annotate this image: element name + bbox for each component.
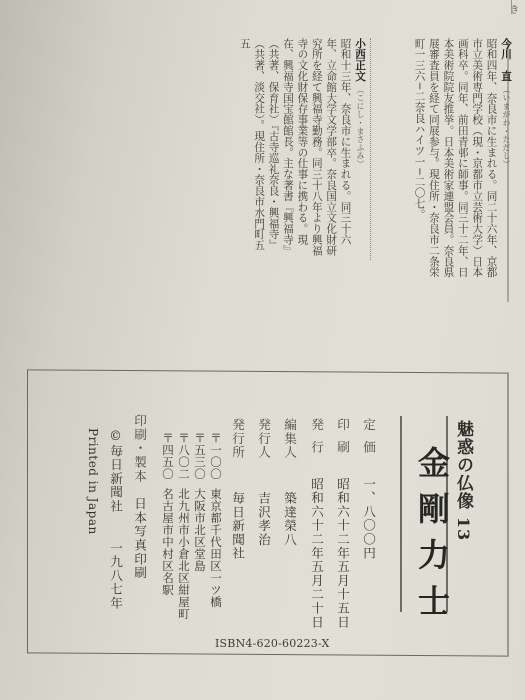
author-bio-text: 昭和十三年、奈良市に生まれる。同三十六年、立命館大学文学部卒。奈良国立文化財研究…	[239, 38, 352, 256]
company-label: 発行所	[230, 418, 245, 459]
editor-name: 築達榮八	[282, 491, 297, 546]
divider	[511, 0, 512, 14]
printer-row: 印刷・製本日本写真印刷	[132, 414, 146, 580]
author-name: 今川 直	[500, 38, 512, 82]
company-row: 発行所毎日新聞社	[230, 418, 244, 560]
publisher-name: 吉沢孝治	[256, 491, 271, 546]
author-bio-konishi: 小西正文 （こにし・まさふみ） 昭和十三年、奈良市に生まれる。同三十六年、立命館…	[237, 38, 367, 258]
postal-code: 〒一〇〇	[209, 432, 223, 480]
author-reading: （こにし・まさふみ）	[356, 85, 365, 168]
office-nagoya: 〒四五〇名古屋市中村区名駅	[162, 432, 174, 596]
office-kitakyushu: 〒八〇二北九州市小倉北区紺屋町	[178, 432, 190, 620]
printed-in-japan: Printed in Japan	[86, 428, 100, 535]
title-rule-left	[400, 416, 402, 612]
printing-date: 昭和六十二年五月十五日	[335, 477, 350, 629]
publish-row: 発行昭和六十二年五月二十日	[309, 418, 323, 629]
book-title: 金剛力士	[409, 446, 455, 630]
copyright-year: 一九八七年	[108, 541, 123, 610]
postal-code: 〒五三〇	[193, 432, 207, 480]
office-address: 名古屋市中村区名駅	[161, 488, 175, 596]
printer-name: 日本写真印刷	[132, 497, 147, 580]
postal-code: 〒四五〇	[161, 432, 175, 480]
office-address: 大阪市北区堂島	[193, 488, 207, 572]
editor-label: 編集人	[282, 418, 297, 459]
publisher-label: 発行人	[256, 418, 271, 459]
series-name: 魅惑の仏像	[453, 420, 473, 510]
price-row: 定価一、八〇〇円	[361, 418, 375, 560]
printing-row: 印刷昭和六十二年五月十五日	[335, 418, 349, 629]
author-bio-text: 昭和四年、奈良市に生まれる。同二十六年、京都市立美術専門学校（現・京都市立芸術大…	[414, 38, 498, 278]
author-bio-imagawa: 今川 直 （いまがわ・ただし） 昭和四年、奈良市に生まれる。同二十六年、京都市立…	[412, 38, 513, 288]
price-value: 一、八〇〇円	[361, 477, 376, 560]
office-address: 北九州市小倉北区紺屋町	[177, 488, 191, 620]
editor-row: 編集人築達榮八	[282, 418, 296, 547]
print-bind-label: 印刷・製本	[132, 414, 147, 483]
office-tokyo: 〒一〇〇東京都千代田区一ツ橋	[210, 432, 222, 608]
publish-label: 発行	[309, 418, 324, 463]
volume-number: 13	[454, 517, 473, 541]
bio-divider-dotted	[370, 38, 371, 260]
postal-code: 〒八〇二	[177, 432, 191, 480]
office-address: 東京都千代田区一ツ橋	[209, 488, 223, 608]
publisher-row: 発行人吉沢孝治	[256, 418, 270, 547]
price-label: 定価	[361, 418, 376, 463]
isbn: ISBN4-620-60223-X	[215, 637, 330, 650]
company-name: 毎日新聞社	[230, 491, 245, 560]
copyright-row: ©毎日新聞社一九八七年	[108, 428, 122, 610]
fragment-char: き	[400, 4, 520, 14]
publish-date: 昭和六十二年五月二十日	[309, 477, 324, 629]
copyright-holder: ©毎日新聞社	[108, 428, 123, 513]
author-name: 小西正文	[354, 38, 366, 82]
author-reading: （いまがわ・ただし）	[502, 85, 511, 168]
previous-text-fragment: き こ 代 受 賞	[400, 0, 520, 14]
printing-label: 印刷	[335, 418, 350, 463]
office-osaka: 〒五三〇大阪市北区堂島	[194, 432, 206, 572]
